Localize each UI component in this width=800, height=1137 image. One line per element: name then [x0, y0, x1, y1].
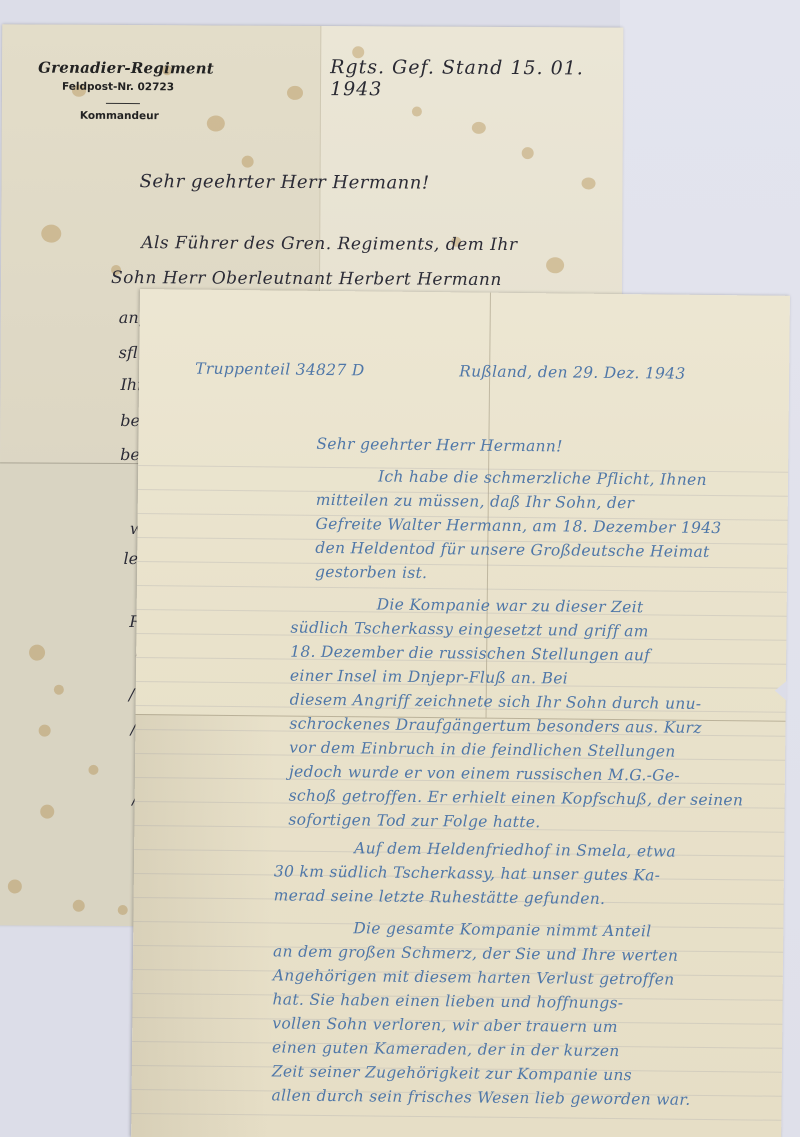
foxing-spot — [41, 225, 61, 243]
foxing-spot — [39, 725, 51, 737]
letter-line: einer Insel im Dnjepr-Fluß an. Bei — [290, 667, 568, 688]
sender-unit: Truppenteil 34827 D — [195, 360, 365, 380]
foxing-spot — [287, 86, 303, 100]
letter-line: Die gesamte Kompanie nimmt Anteil — [353, 919, 651, 940]
letter-line: gestorben ist. — [315, 563, 427, 582]
back-letter-fragment: / — [129, 685, 134, 704]
back-letter-date: Rgts. Gef. Stand 15. 01. 1943 — [330, 56, 622, 102]
letter-line: einen guten Kameraden, der in der kurzen — [272, 1038, 620, 1060]
back-letter-fragment: sfl — [119, 343, 138, 362]
regiment-name: Grenadier-Regiment — [38, 59, 214, 78]
letter-line: hat. Sie haben einen lieben und hoffnung… — [272, 990, 623, 1012]
letter-line: 18. Dezember die russischen Stellungen a… — [290, 643, 650, 665]
letter-line: Zeit seiner Zugehörigkeit zur Kompanie u… — [272, 1062, 632, 1084]
letter-line: an dem großen Schmerz, der Sie und Ihre … — [273, 942, 678, 964]
back-letter-line: Als Führer des Gren. Regiments, dem Ihr — [141, 233, 517, 255]
back-letter-fragment: le — [124, 549, 139, 568]
letter-line: Angehörigen mit diesem harten Verlust ge… — [273, 966, 675, 988]
letter-line: schoß getroffen. Er erhielt einen Kopfsc… — [289, 787, 744, 810]
foxing-spot — [8, 879, 22, 893]
letter-line: jedoch wurde er von einem russischen M.G… — [289, 763, 680, 785]
letter-line: südlich Tscherkassy eingesetzt und griff… — [290, 619, 648, 641]
letter-line: merad seine letzte Ruhestätte gefunden. — [274, 886, 606, 907]
letter-line: Gefreite Walter Hermann, am 18. Dezember… — [315, 515, 721, 537]
back-letter-fragment: be — [120, 411, 140, 430]
foxing-spot — [522, 147, 534, 159]
back-letter-line: Sohn Herr Oberleutnant Herbert Hermann — [111, 268, 502, 290]
foxing-spot — [40, 805, 54, 819]
paper-tear — [775, 681, 787, 701]
letterhead: Grenadier-Regiment Feldpost-Nr. 02723 Ko… — [38, 59, 214, 123]
letter-line: Die Kompanie war zu dieser Zeit — [377, 595, 644, 616]
foxing-spot — [54, 685, 64, 695]
front-letter: Truppenteil 34827 D Rußland, den 29. Dez… — [131, 289, 790, 1137]
place-date: Rußland, den 29. Dez. 1943 — [459, 362, 686, 382]
letterhead-divider — [106, 103, 140, 104]
letter-line: vollen Sohn verloren, wir aber trauern u… — [272, 1014, 618, 1036]
foxing-spot — [88, 765, 98, 775]
foxing-spot — [242, 156, 254, 168]
letter-line: mitteilen zu müssen, daß Ihr Sohn, der — [316, 491, 635, 512]
letter-line: schrockenes Draufgängertum besonders aus… — [289, 715, 701, 737]
letter-line: 30 km südlich Tscherkassy, hat unser gut… — [274, 862, 661, 884]
letter-line: vor dem Einbruch in die feindlichen Stel… — [289, 739, 676, 761]
foxing-spot — [546, 257, 564, 273]
letter-line: diesem Angriff zeichnete sich Ihr Sohn d… — [290, 691, 702, 713]
front-letter-salutation: Sehr geehrter Herr Hermann! — [316, 435, 562, 456]
letter-line: sofortigen Tod zur Folge hatte. — [288, 811, 540, 832]
letter-line: Auf dem Heldenfriedhof in Smela, etwa — [354, 839, 676, 860]
ruled-line — [137, 561, 787, 569]
letterhead-title: Kommandeur — [80, 110, 214, 123]
back-letter-salutation: Sehr geehrter Herr Hermann! — [139, 171, 429, 194]
foxing-spot — [412, 107, 422, 117]
letter-line: den Heldentod für unsere Großdeutsche He… — [315, 539, 709, 561]
feldpost-number: Feldpost-Nr. 02723 — [62, 81, 214, 94]
foxing-spot — [73, 900, 85, 912]
letter-line: allen durch sein frisches Wesen lieb gew… — [271, 1086, 690, 1108]
foxing-spot — [582, 177, 596, 189]
foxing-spot — [29, 645, 45, 661]
foxing-spot — [118, 905, 128, 915]
letter-line: Ich habe die schmerzliche Pflicht, Ihnen — [378, 468, 707, 489]
ruled-line — [137, 585, 787, 593]
foxing-spot — [472, 122, 486, 134]
